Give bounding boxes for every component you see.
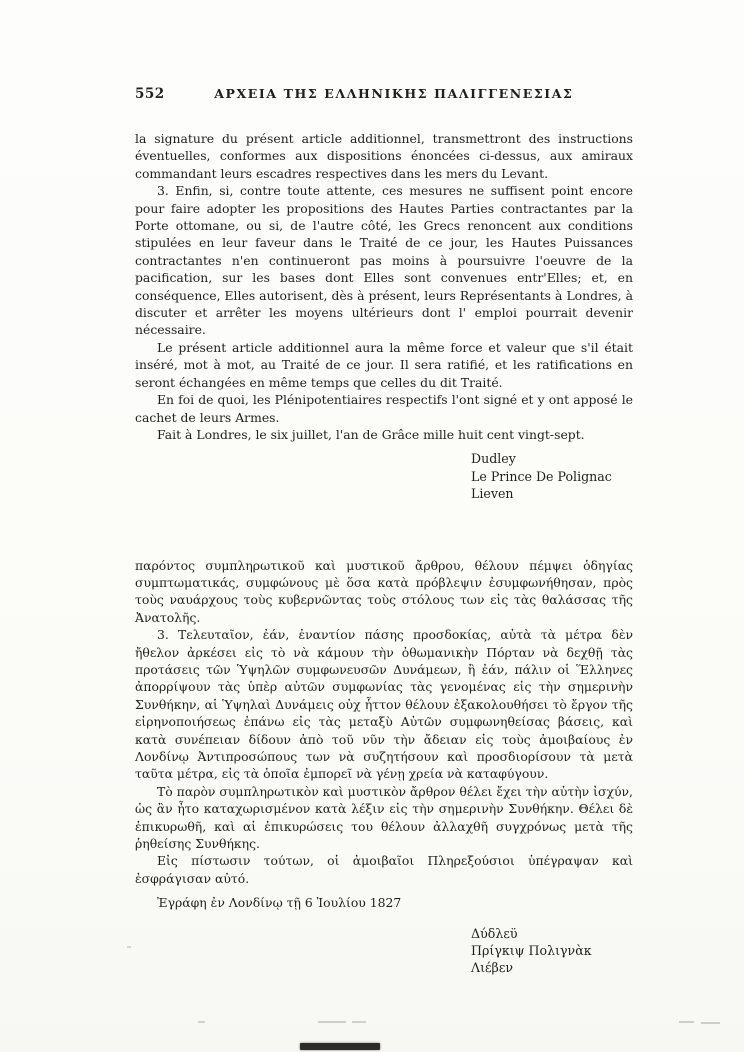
signature: Λιέβεν — [471, 959, 633, 976]
scan-speck — [198, 1021, 205, 1023]
greek-paragraph: παρόντος συμπληρωτικοῦ καὶ μυστικοῦ ἄρθρ… — [135, 557, 633, 627]
greek-signature-block: Δύδλεϋ Πρίγκιψ Πολιγνὰκ Λιέβεν — [471, 925, 633, 977]
greek-paragraph: Τὸ παρὸν συμπληρωτικὸν καὶ μυστικὸν ἄρθρ… — [135, 783, 633, 853]
french-section: la signature du présent article addition… — [135, 130, 633, 443]
signature: Lieven — [471, 485, 633, 502]
page-header: 552 ΑΡΧΕΙΑ ΤΗΣ ΕΛΛΗΝΙΚΗΣ ΠΑΛΙΓΓΕΝΕΣΙΑΣ — [135, 86, 633, 102]
page-number: 552 — [135, 86, 165, 102]
french-paragraph: la signature du présent article addition… — [135, 130, 633, 182]
french-signature-block: Dudley Le Prince De Polignac Lieven — [471, 450, 633, 502]
greek-section: παρόντος συμπληρωτικοῦ καὶ μυστικοῦ ἄρθρ… — [135, 557, 633, 912]
text-column: 552 ΑΡΧΕΙΑ ΤΗΣ ΕΛΛΗΝΙΚΗΣ ΠΑΛΙΓΓΕΝΕΣΙΑΣ l… — [135, 86, 633, 977]
scan-dash-line — [352, 1021, 366, 1023]
scan-bottom-bar — [300, 1043, 380, 1050]
french-paragraph: Le présent article additionnel aura la m… — [135, 339, 633, 391]
french-paragraph: En foi de quoi, les Plénipotentiaires re… — [135, 391, 633, 426]
signature: Πρίγκιψ Πολιγνὰκ — [471, 942, 633, 959]
scan-dash-line — [318, 1021, 346, 1023]
scanned-book-page: 552 ΑΡΧΕΙΑ ΤΗΣ ΕΛΛΗΝΙΚΗΣ ΠΑΛΙΓΓΕΝΕΣΙΑΣ l… — [0, 0, 744, 1052]
scan-dash-line — [701, 1022, 720, 1024]
signature: Dudley — [471, 450, 633, 467]
scan-speck — [127, 946, 131, 948]
french-paragraph: 3. Enfin, si, contre toute attente, ces … — [135, 182, 633, 339]
signature: Δύδλεϋ — [471, 925, 633, 942]
greek-date-line: Ἐγράφη ἐν Λονδίνῳ τῇ 6 Ἰουλίου 1827 — [135, 894, 633, 911]
running-title: ΑΡΧΕΙΑ ΤΗΣ ΕΛΛΗΝΙΚΗΣ ΠΑΛΙΓΓΕΝΕΣΙΑΣ — [165, 86, 633, 101]
french-paragraph: Fait à Londres, le six juillet, l'an de … — [135, 426, 633, 443]
greek-paragraph: Εἰς πίστωσιν τούτων, οἱ ἀμοιβαῖοι Πληρεξ… — [135, 852, 633, 887]
signature: Le Prince De Polignac — [471, 468, 633, 485]
scan-dash-line — [679, 1021, 694, 1023]
greek-paragraph: 3. Τελευταῖον, ἐάν, ἐναντίον πάσης προσδ… — [135, 626, 633, 783]
